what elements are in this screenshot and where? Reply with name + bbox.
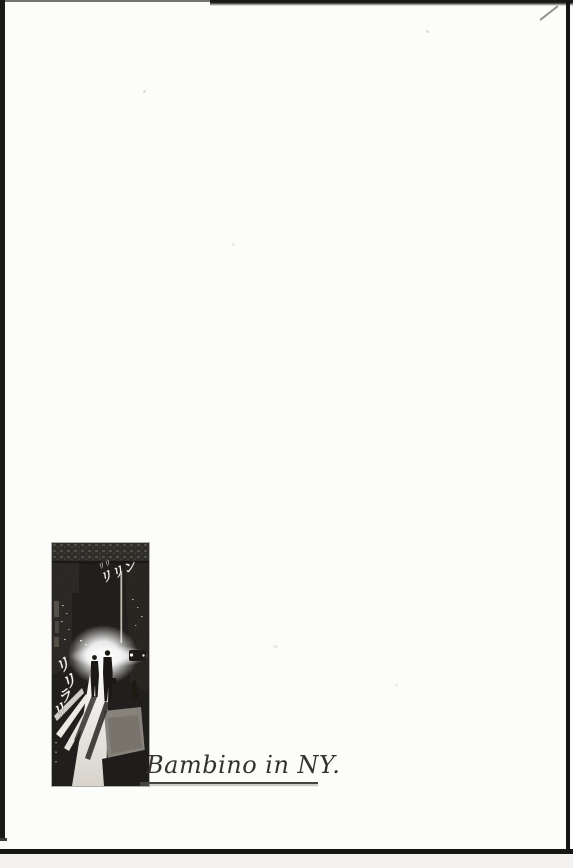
page-left-border [0, 0, 5, 839]
chapter-title: Bambino in NY. [146, 752, 366, 780]
scan-speck [426, 30, 429, 33]
page-left-border-end [0, 838, 7, 841]
page-top-dark-band [210, 0, 573, 6]
page-bottom-margin [0, 854, 573, 868]
chapter-title-underline [140, 782, 318, 784]
scan-speck [395, 684, 398, 687]
manga-panel-night-street: リリ リリン リ リ ラ リ ・・・ [52, 543, 149, 786]
scan-speck [143, 90, 146, 93]
manga-page-scan: リリ リリン リ リ ラ リ ・・・ Bambino in NY. [0, 0, 573, 868]
scan-speck [273, 645, 278, 648]
scan-speck [232, 243, 235, 246]
scan-scratch-mark [539, 5, 558, 21]
page-right-border [566, 0, 570, 852]
scan-grain-overlay [52, 543, 149, 786]
